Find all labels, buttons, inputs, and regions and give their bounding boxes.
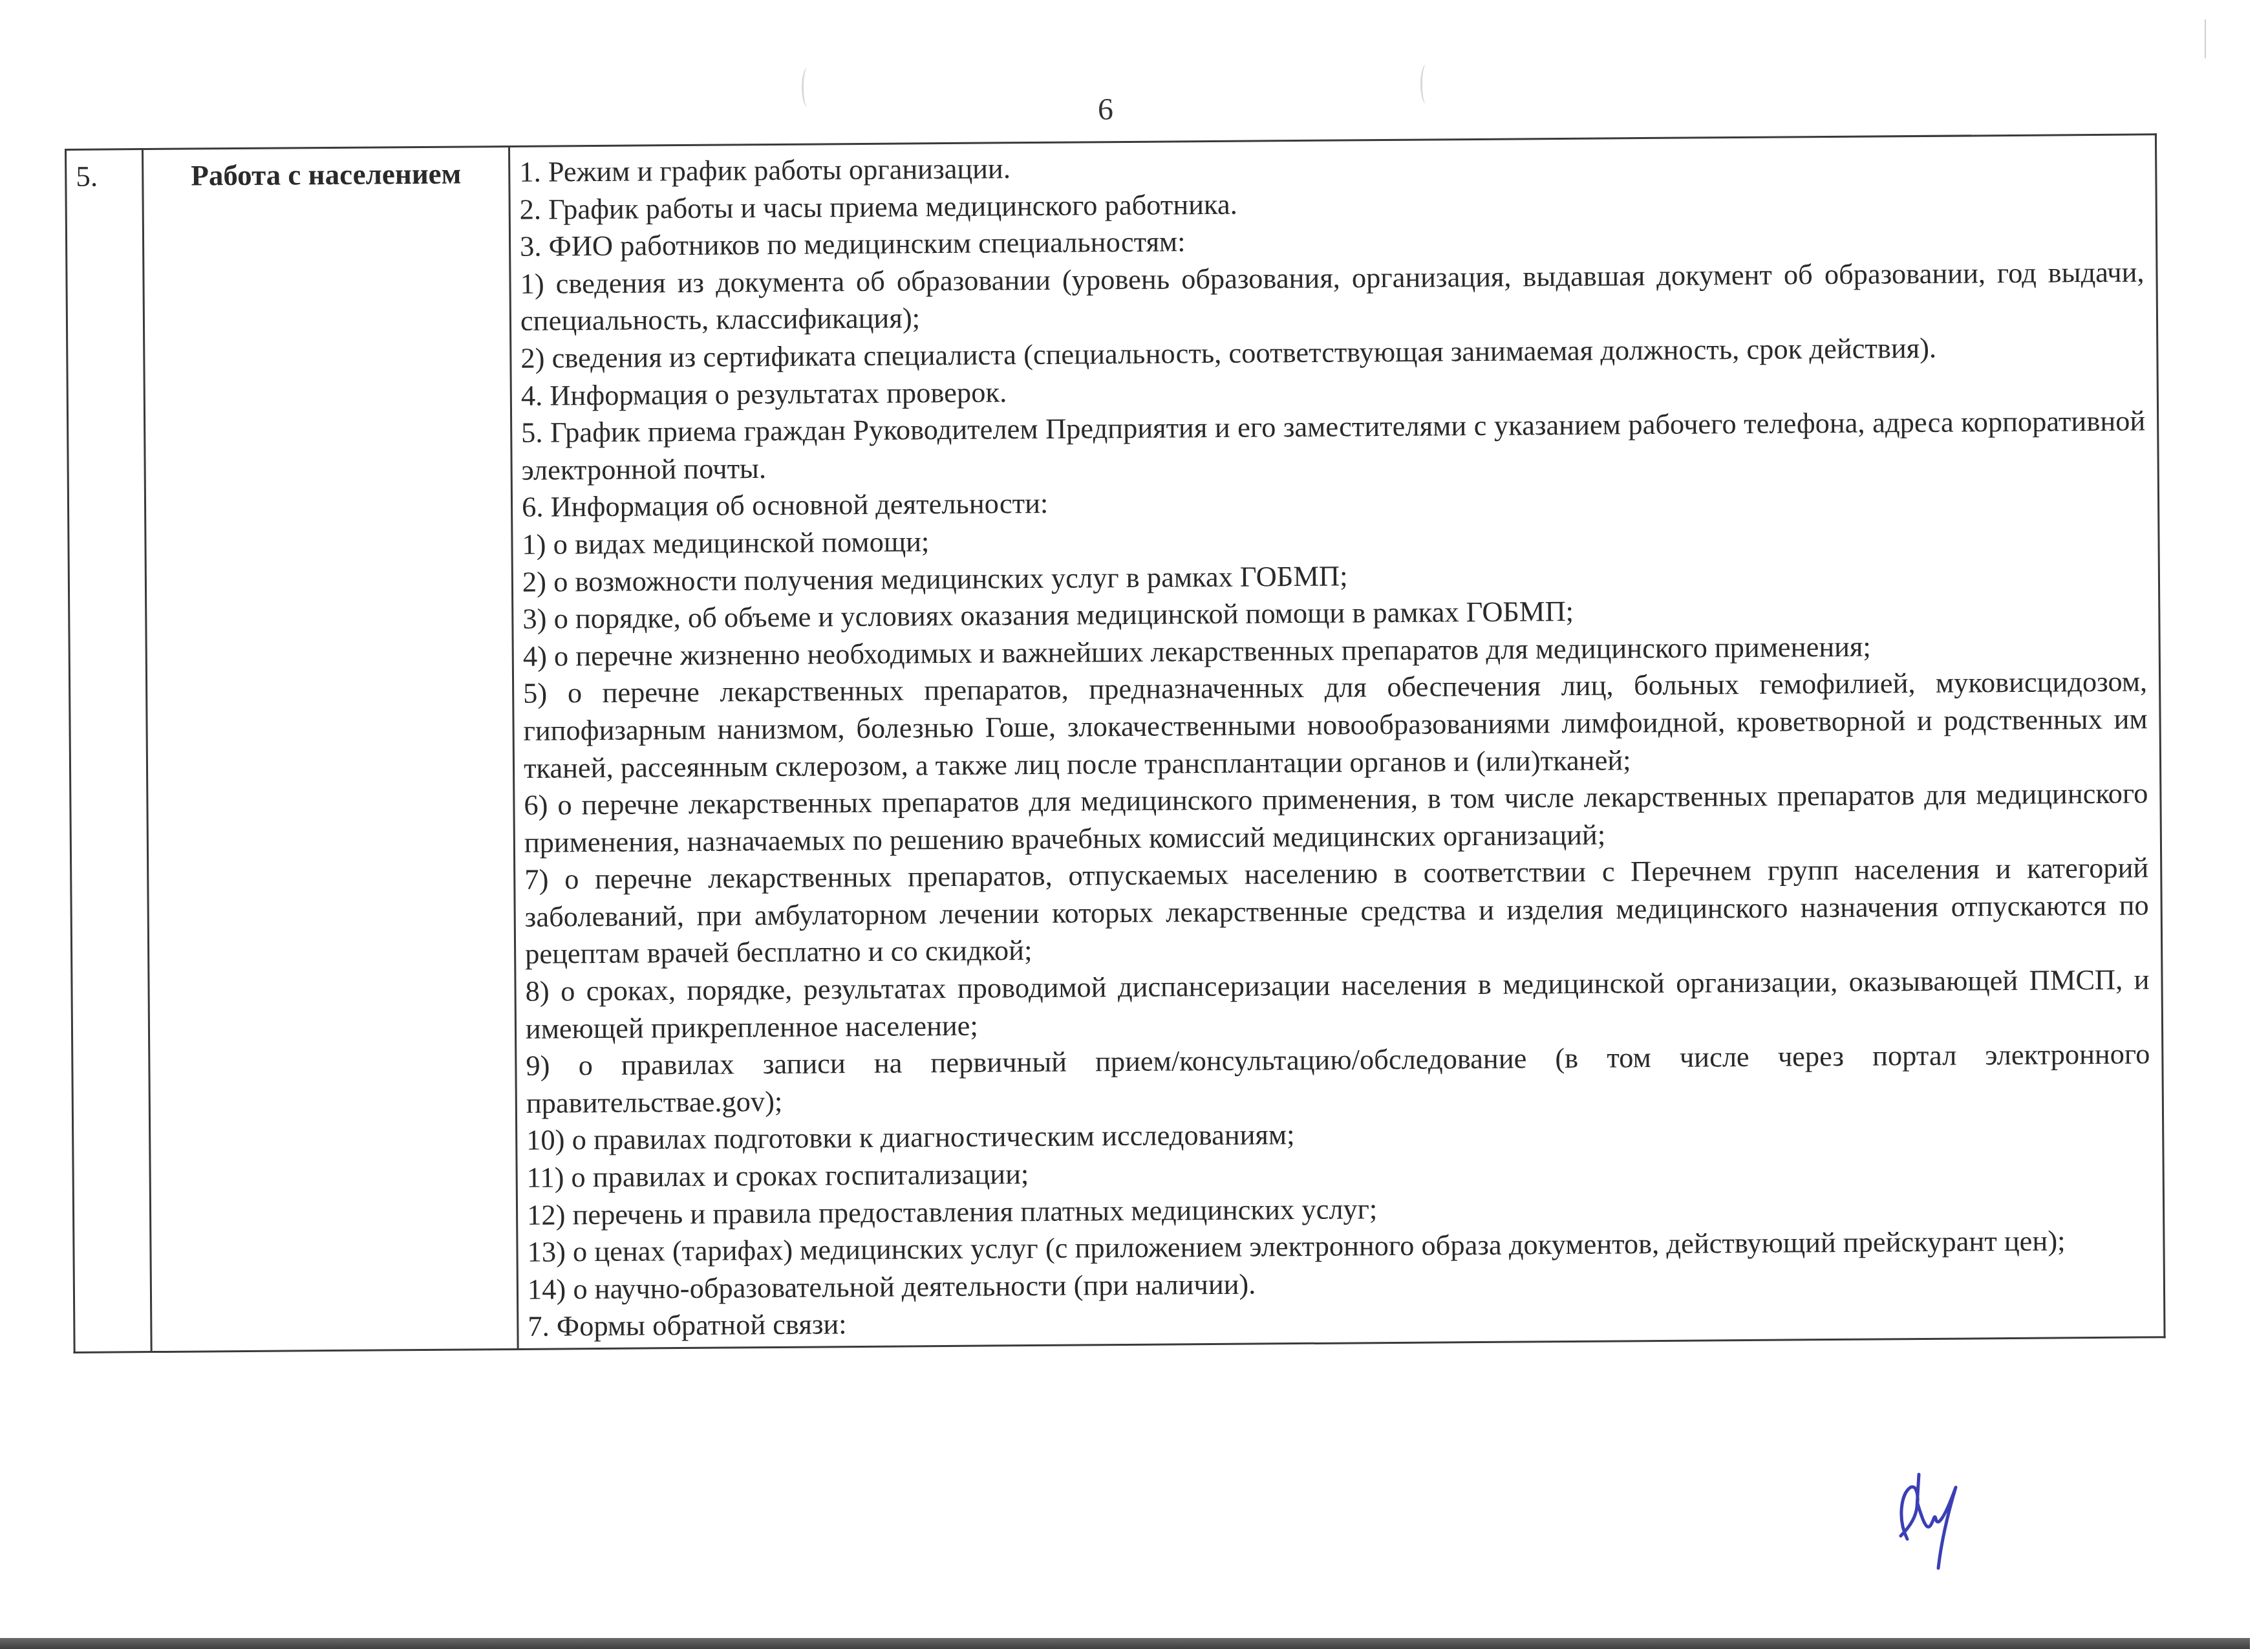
scan-artifact	[802, 68, 813, 107]
row-title: Работа с населением	[144, 147, 508, 195]
table-row: 5. Работа с населением 1. Режим и график…	[66, 135, 2165, 1353]
list-item: 5. График приема граждан Руководителем П…	[521, 403, 2146, 490]
content-list: 1. Режим и график работы организации.2. …	[510, 135, 2164, 1348]
scan-artifact	[1420, 65, 1431, 103]
list-item: 6) о перечне лекарственных препаратов дл…	[524, 775, 2148, 862]
row-content-cell: 1. Режим и график работы организации.2. …	[509, 135, 2165, 1350]
list-item: 1) сведения из документа об образовании …	[520, 253, 2145, 340]
scanner-edge	[0, 1638, 2250, 1649]
list-item: 8) о сроках, порядке, результатах провод…	[525, 961, 2150, 1048]
scan-artifact	[2205, 19, 2206, 58]
row-number: 5.	[67, 150, 142, 195]
list-item: 9) о правилах записи на первичный прием/…	[526, 1036, 2150, 1123]
row-title-cell: Работа с населением	[143, 146, 519, 1352]
signature-icon	[1894, 1468, 1972, 1571]
row-number-cell: 5.	[66, 149, 152, 1353]
list-item: 5) о перечне лекарственных препаратов, п…	[523, 663, 2148, 787]
list-item: 7) о перечне лекарственных препаратов, о…	[524, 850, 2149, 973]
page-number: 6	[1093, 92, 1118, 127]
document-table: 5. Работа с населением 1. Режим и график…	[65, 133, 2166, 1353]
requirements-table: 5. Работа с населением 1. Режим и график…	[65, 133, 2166, 1353]
